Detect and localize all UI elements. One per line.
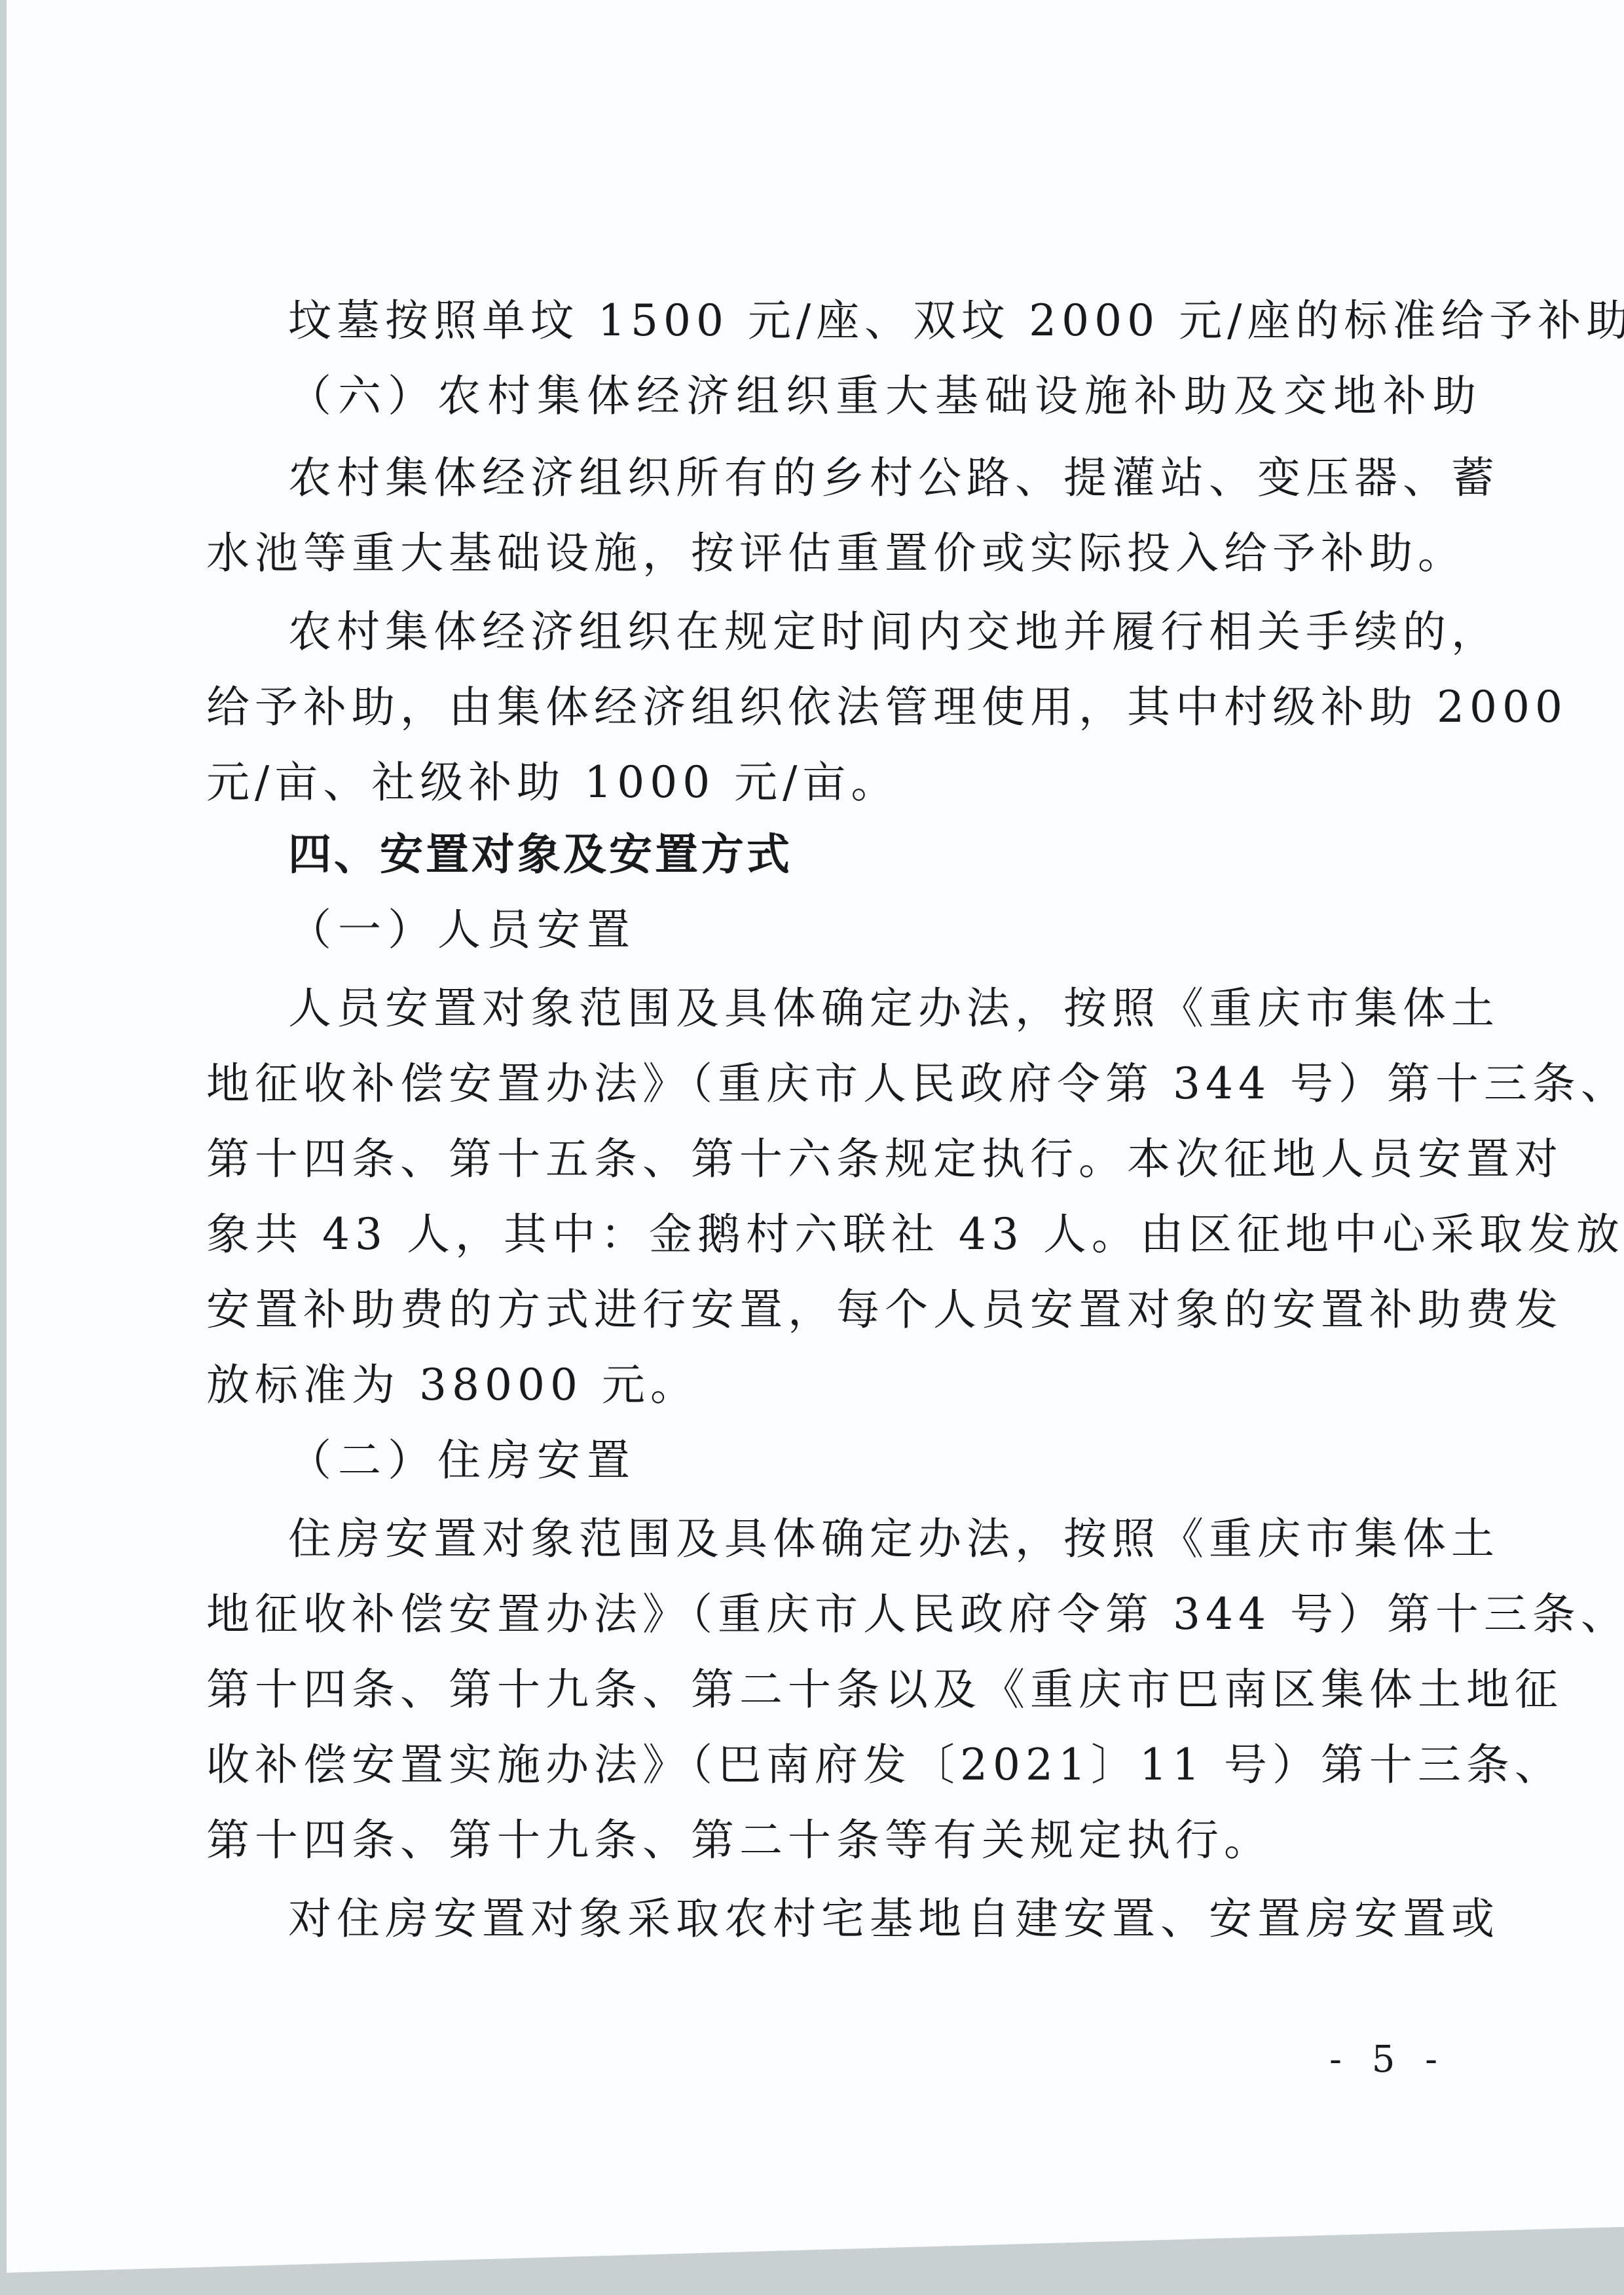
body-text-line: 放标准为 38000 元。 (206, 1359, 699, 1411)
subheading-2-housing-resettlement: （二）住房安置 (288, 1434, 637, 1487)
body-text-line: 第十四条、第十五条、第十六条规定执行。本次征地人员安置对 (206, 1133, 1563, 1185)
subheading-6-infrastructure-subsidy: （六）农村集体经济组织重大基础设施补助及交地补助 (288, 370, 1483, 422)
body-text-line: 安置补助费的方式进行安置，每个人员安置对象的安置补助费发 (206, 1284, 1563, 1336)
section-heading-4-resettlement: 四、安置对象及安置方式 (288, 829, 792, 881)
body-text-line: 地征收补偿安置办法》（重庆市人民政府令第 344 号）第十三条、 (206, 1058, 1624, 1110)
body-text-line: 象共 43 人，其中：金鹅村六联社 43 人。由区征地中心采取发放 (206, 1208, 1624, 1261)
body-text-line: 农村集体经济组织所有的乡村公路、提灌站、变压器、蓄 (288, 452, 1500, 504)
body-text-line: 第十四条、第十九条、第二十条以及《重庆市巴南区集体土地征 (206, 1664, 1563, 1716)
subheading-1-personnel-resettlement: （一）人员安置 (288, 904, 637, 956)
body-text-line: 对住房安置对象采取农村宅基地自建安置、安置房安置或 (288, 1893, 1500, 1945)
page-number: - 5 - (1329, 2037, 1447, 2083)
body-text-line: 地征收补偿安置办法》（重庆市人民政府令第 344 号）第十三条、 (206, 1588, 1624, 1641)
body-text-line: 水池等重大基础设施，按评估重置价或实际投入给予补助。 (206, 527, 1466, 580)
body-text-line: 农村集体经济组织在规定时间内交地并履行相关手续的， (288, 606, 1500, 658)
body-text-line: 坟墓按照单坟 1500 元/座、双坟 2000 元/座的标准给予补助。 (288, 295, 1624, 347)
document-page: 坟墓按照单坟 1500 元/座、双坟 2000 元/座的标准给予补助。 （六）农… (7, 0, 1624, 2273)
body-text-line: 第十四条、第十九条、第二十条等有关规定执行。 (206, 1814, 1272, 1867)
body-text-line: 收补偿安置实施办法》（巴南府发〔2021〕11 号）第十三条、 (206, 1739, 1563, 1791)
body-text-line: 元/亩、社级补助 1000 元/亩。 (206, 756, 899, 809)
body-text-line: 住房安置对象范围及具体确定办法，按照《重庆市集体土 (288, 1513, 1500, 1565)
body-text-line: 人员安置对象范围及具体确定办法，按照《重庆市集体土 (288, 982, 1500, 1035)
body-text-line: 给予补助，由集体经济组织依法管理使用，其中村级补助 2000 (206, 681, 1568, 734)
